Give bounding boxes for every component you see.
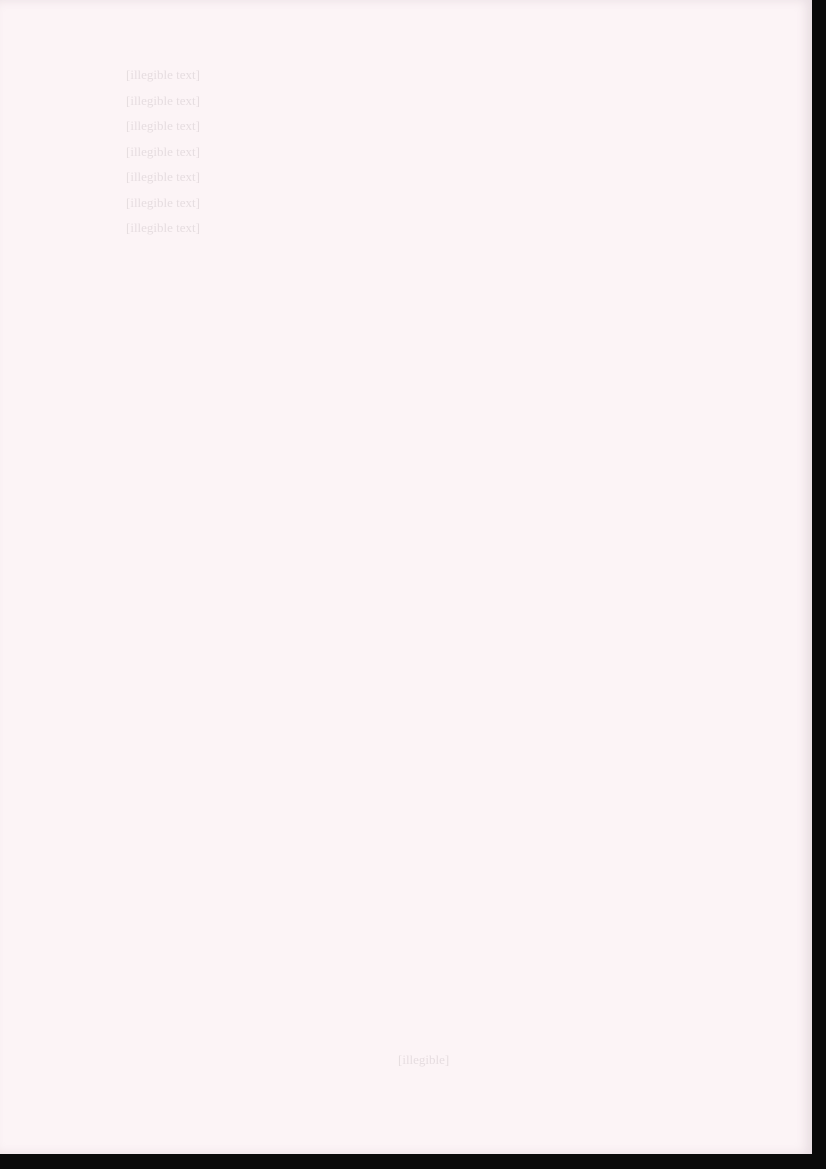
page-number: [illegible]	[398, 1052, 449, 1068]
paragraph: [illegible text]	[112, 62, 712, 88]
paragraph: [illegible text]	[112, 215, 712, 241]
paragraph: [illegible text]	[112, 139, 712, 165]
paragraph: [illegible text]	[112, 164, 712, 190]
paragraph: [illegible text]	[112, 88, 712, 114]
paragraph: [illegible text]	[112, 113, 712, 139]
paragraph: [illegible text]	[112, 190, 712, 216]
scanned-page: [illegible text] [illegible text] [illeg…	[0, 0, 812, 1154]
body-text: [illegible text] [illegible text] [illeg…	[112, 62, 712, 241]
